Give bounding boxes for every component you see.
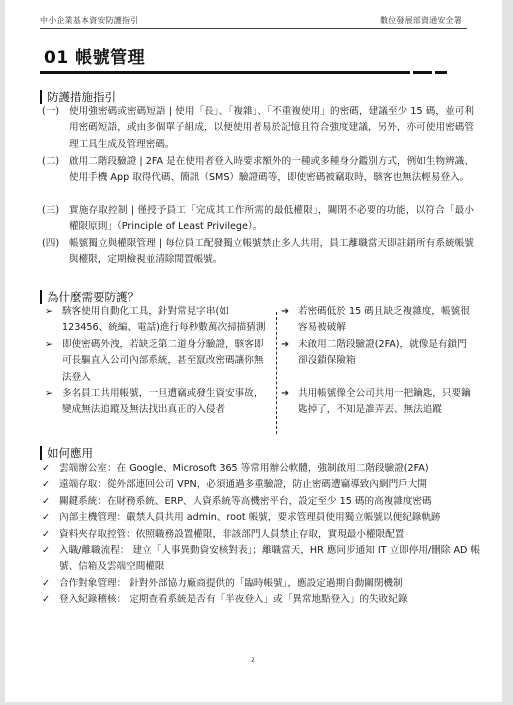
item-number: (二) — [42, 154, 59, 170]
consequence-list: ➔ 若密碼低於 15 碼且缺乏複雜度，帳號很容易被破解 ➔ 未啟用二階段驗證(2… — [281, 304, 471, 419]
protection-item: (二) 啟用二階段驗證 | 2FA 是在使用者登入時要求額外的一種或多種身分鑑別… — [42, 154, 474, 187]
apply-text: 入職/離職流程： 建立「人事異動資安核對表」；離職當天，HR 應同步通知 IT … — [59, 545, 480, 572]
consequence-text: 若密碼低於 15 碼且缺乏複雜度，帳號很容易被破解 — [298, 306, 470, 333]
apply-item: ✓ 內部主機管理：嚴禁人員共用 admin、root 帳號，要求管理員使用獨立帳… — [42, 510, 482, 526]
item-number: (四) — [42, 236, 59, 252]
apply-list: ✓ 雲端辦公室：在 Google、Microsoft 365 等常用辦公軟體，強… — [42, 461, 482, 609]
dashed-column-divider — [276, 312, 277, 434]
apply-item: ✓ 合作對象管理： 針對外部協力廠商提供的「臨時帳號」，應設定過期自動關閉機制 — [42, 576, 482, 592]
apply-item: ✓ 雲端辦公室：在 Google、Microsoft 365 等常用辦公軟體，強… — [42, 461, 482, 477]
risk-list: ➢ 駭客使用自動化工具，針對常見字串(如123456、統編、電話)進行每秒數萬次… — [45, 304, 272, 419]
title-underline-segment — [435, 71, 447, 74]
protection-item: (四) 帳號獨立與權限管理 | 每位員工配發獨立帳號禁止多人共用，員工離職當天即… — [42, 236, 474, 269]
protection-item: (一) 使用強密碼或密碼短語 | 使用「長」、「複雜」、「不重複使用」的密碼，建… — [42, 104, 474, 153]
section-heading-protection: 防護措施指引 — [40, 90, 116, 104]
document-page: 中小企業基本資安防護指引 數位發展部資通安全署 01 帳號管理 防護措施指引 (… — [5, 0, 502, 702]
apply-text: 登入紀錄稽核： 定期查看系統是否有「半夜登入」或「異常地點登入」的失敗紀錄 — [59, 594, 407, 605]
apply-text: 內部主機管理：嚴禁人員共用 admin、root 帳號，要求管理員使用獨立帳號以… — [59, 512, 441, 523]
arrow-right-icon: ➔ — [281, 337, 289, 353]
arrow-right-icon: ➔ — [281, 304, 289, 320]
apply-text: 資料夾存取控管：依照職務設置權限，非該部門人員禁止存取，實現最小權限配置 — [59, 529, 404, 540]
apply-item: ✓ 遠端存取：從外部連回公司 VPN，必須通過多重驗證，防止密碼遭竊導致內網門戶… — [42, 477, 482, 493]
checkmark-icon: ✓ — [42, 510, 50, 526]
consequence-text: 共用帳號像全公司共用一把鑰匙，只要鑰匙掉了，不知是誰弄丟、無法追蹤 — [298, 388, 471, 415]
risk-item: ➢ 多名員工共用帳號，一旦遭竊或發生資安事故，變成無法追蹤及無法找出真正的入侵者 — [45, 386, 272, 419]
page-number: 2 — [251, 657, 255, 664]
title-underline-bar — [40, 71, 410, 74]
item-text: 啟用二階段驗證 | 2FA 是在使用者登入時要求額外的一種或多種身分鑑別方式，例… — [42, 154, 474, 187]
risk-text: 多名員工共用帳號，一旦遭竊或發生資安事故，變成無法追蹤及無法找出真正的入侵者 — [62, 388, 263, 415]
consequence-text: 未啟用二階段驗證(2FA)，就像是有鎖門卻沒鎖保險箱 — [298, 339, 467, 366]
consequence-item: ➔ 若密碼低於 15 碼且缺乏複雜度，帳號很容易被破解 — [281, 304, 471, 337]
protection-item: (三) 實施存取控制 | 僅授予員工「完成其工作所需的最低權限」，關閉不必要的功… — [42, 203, 474, 236]
arrowhead-bullet-icon: ➢ — [45, 337, 53, 353]
running-header-right: 數位發展部資通安全署 — [380, 15, 462, 26]
arrowhead-bullet-icon: ➢ — [45, 304, 53, 320]
checkmark-icon: ✓ — [42, 461, 50, 477]
page-title: 01 帳號管理 — [44, 43, 145, 68]
section-heading-apply: 如何應用 — [40, 446, 93, 460]
apply-item: ✓ 關鍵系統：在財務系統、ERP、人資系統等高機密平台，設定至少 15 碼的高複… — [42, 494, 482, 510]
consequence-item: ➔ 未啟用二階段驗證(2FA)，就像是有鎖門卻沒鎖保險箱 — [281, 337, 471, 386]
arrow-right-icon: ➔ — [281, 386, 289, 402]
apply-text: 關鍵系統：在財務系統、ERP、人資系統等高機密平台，設定至少 15 碼的高複雜度… — [59, 496, 432, 507]
checkmark-icon: ✓ — [42, 576, 50, 592]
risk-text: 即使密碼外洩，若缺乏第二道身分驗證，駭客即可長驅直入公司內部系統，甚至竄改密碼讓… — [62, 339, 263, 383]
risk-item: ➢ 駭客使用自動化工具，針對常見字串(如123456、統編、電話)進行每秒數萬次… — [45, 304, 272, 337]
running-header-left: 中小企業基本資安防護指引 — [40, 15, 138, 26]
apply-text: 雲端辦公室：在 Google、Microsoft 365 等常用辦公軟體，強制啟… — [59, 463, 429, 474]
section-heading-why: 為什麼需要防護？ — [40, 290, 139, 304]
checkmark-icon: ✓ — [42, 543, 50, 559]
apply-text: 遠端存取：從外部連回公司 VPN，必須通過多重驗證，防止密碼遭竊導致內網門戶大開 — [59, 479, 427, 490]
item-text: 實施存取控制 | 僅授予員工「完成其工作所需的最低權限」，關閉不必要的功能，以符… — [42, 203, 474, 236]
checkmark-icon: ✓ — [42, 592, 50, 608]
item-text: 帳號獨立與權限管理 | 每位員工配發獨立帳號禁止多人共用，員工離職當天即註銷所有… — [42, 236, 474, 269]
arrowhead-bullet-icon: ➢ — [45, 386, 53, 402]
item-number: (一) — [42, 104, 59, 120]
apply-text: 合作對象管理： 針對外部協力廠商提供的「臨時帳號」，應設定過期自動關閉機制 — [59, 578, 403, 589]
apply-item: ✓ 入職/離職流程： 建立「人事異動資安核對表」；離職當天，HR 應同步通知 I… — [42, 543, 482, 576]
header-rule — [40, 28, 467, 29]
title-underline-segment — [413, 71, 432, 74]
apply-item: ✓ 登入紀錄稽核： 定期查看系統是否有「半夜登入」或「異常地點登入」的失敗紀錄 — [42, 592, 482, 608]
apply-item: ✓ 資料夾存取控管：依照職務設置權限，非該部門人員禁止存取，實現最小權限配置 — [42, 527, 482, 543]
item-text: 使用強密碼或密碼短語 | 使用「長」、「複雜」、「不重複使用」的密碼，建議至少 … — [42, 104, 474, 153]
risk-text: 駭客使用自動化工具，針對常見字串(如123456、統編、電話)進行每秒數萬次掃描… — [62, 306, 265, 333]
checkmark-icon: ✓ — [42, 494, 50, 510]
risk-item: ➢ 即使密碼外洩，若缺乏第二道身分驗證，駭客即可長驅直入公司內部系統，甚至竄改密… — [45, 337, 272, 386]
item-number: (三) — [42, 203, 59, 219]
checkmark-icon: ✓ — [42, 477, 50, 493]
checkmark-icon: ✓ — [42, 527, 50, 543]
consequence-item: ➔ 共用帳號像全公司共用一把鑰匙，只要鑰匙掉了，不知是誰弄丟、無法追蹤 — [281, 386, 471, 419]
